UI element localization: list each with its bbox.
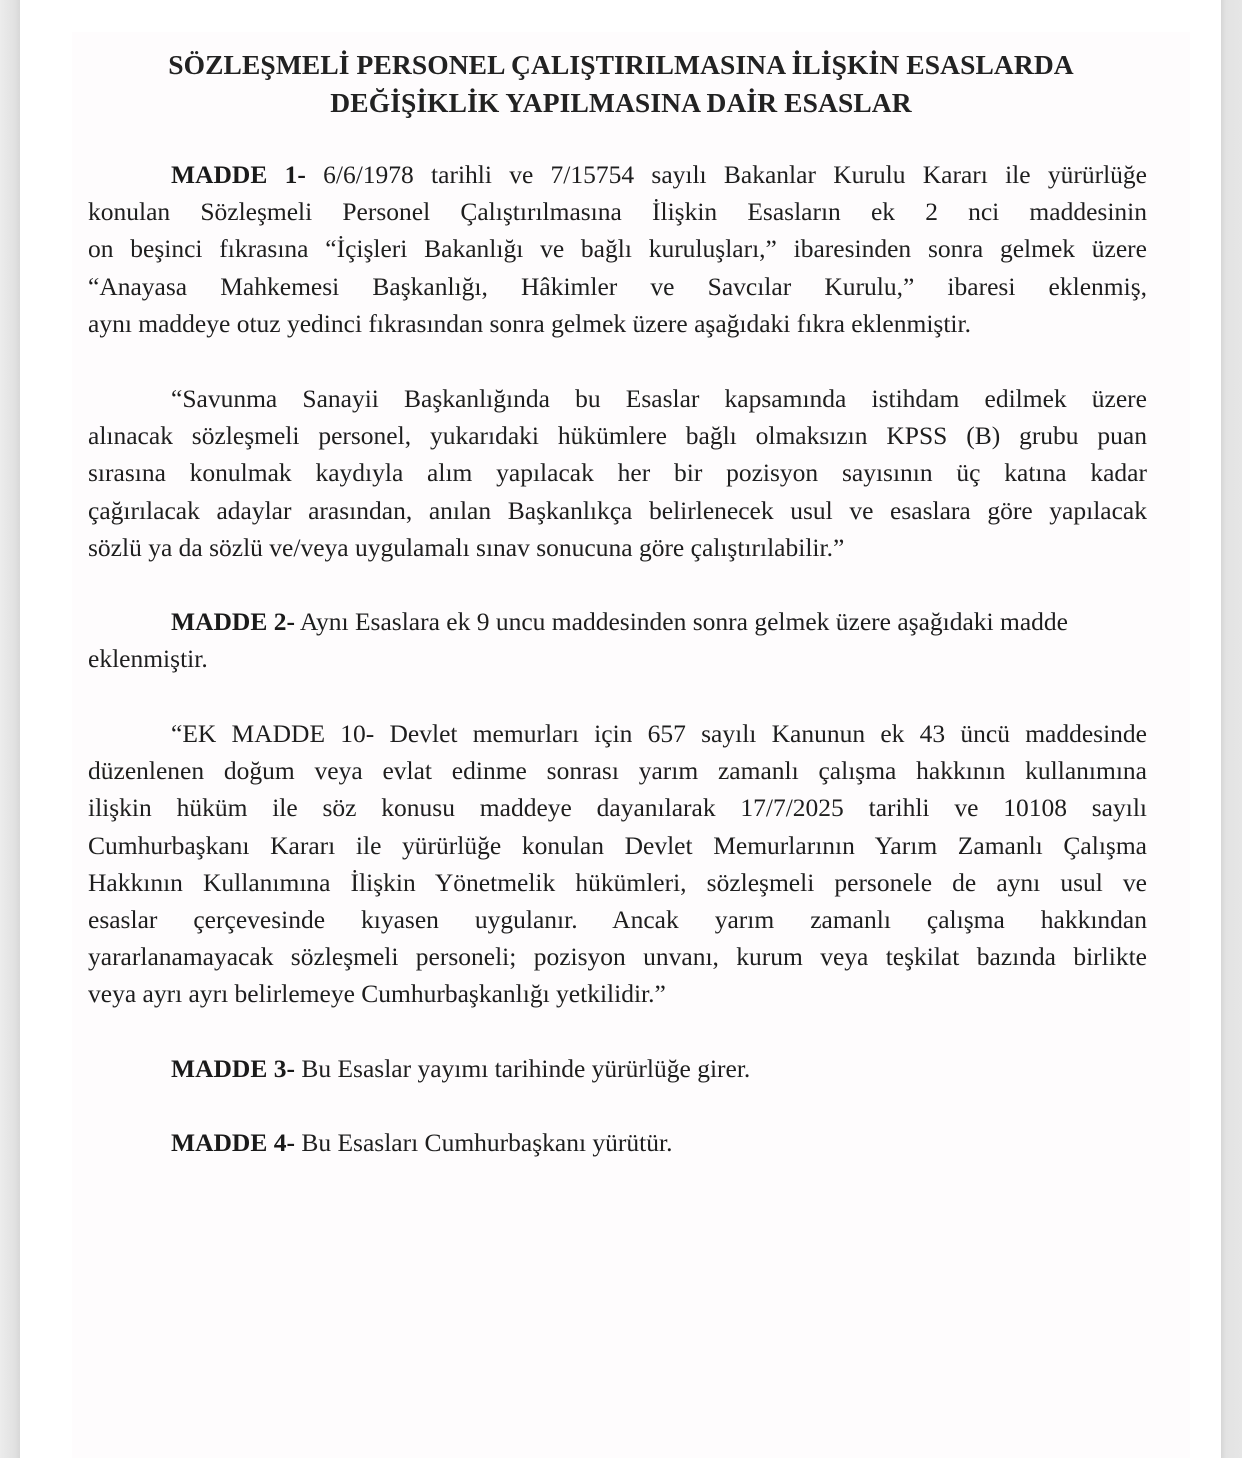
article-1: MADDE 1- 6/6/1978 tarihli ve 7/15754 say… — [88, 156, 1147, 342]
article-3-label: MADDE 3- — [171, 1054, 295, 1083]
article-2-label: MADDE 2- — [171, 607, 295, 636]
article-4-label: MADDE 4- — [171, 1128, 295, 1157]
article-1-quoted-paragraph: “Savunma Sanayii Başkanlığında bu Esasla… — [88, 380, 1147, 566]
title-line-1: SÖZLEŞMELİ PERSONEL ÇALIŞTIRILMASINA İLİ… — [0, 46, 1242, 84]
additional-article-10: “EK MADDE 10- Devlet memurları için 657 … — [88, 715, 1147, 1013]
article-1-label: MADDE 1- — [171, 160, 306, 189]
article-3: MADDE 3- Bu Esaslar yayımı tarihinde yür… — [88, 1050, 1147, 1087]
left-background-margin — [0, 0, 20, 1458]
right-background-margin — [1221, 0, 1242, 1458]
article-4: MADDE 4- Bu Esasları Cumhurbaşkanı yürüt… — [88, 1124, 1147, 1161]
document-title: SÖZLEŞMELİ PERSONEL ÇALIŞTIRILMASINA İLİ… — [0, 46, 1242, 122]
title-line-2: DEĞİŞİKLİK YAPILMASINA DAİR ESASLAR — [0, 84, 1242, 122]
article-2: MADDE 2- Aynı Esaslara ek 9 uncu maddesi… — [88, 603, 1147, 677]
